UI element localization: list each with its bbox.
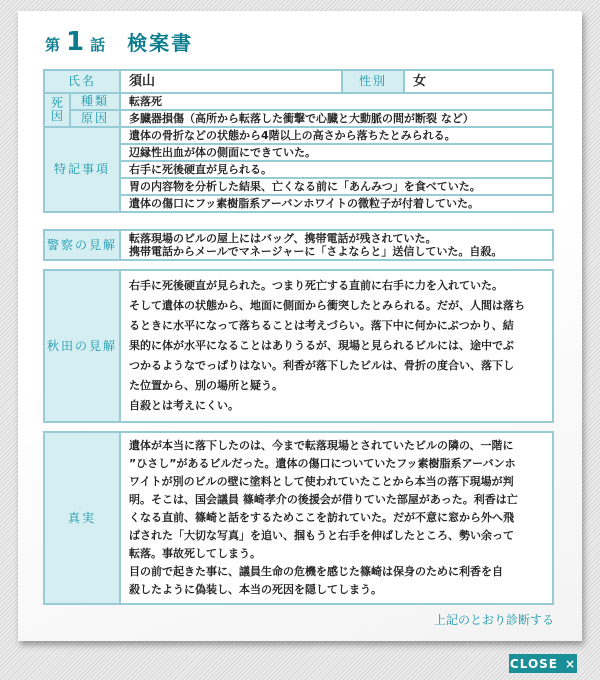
name-label: 氏名 [44,70,120,93]
notes-row: 遺体の傷口にフッ素樹脂系アーバンホワイトの微粒子が付着していた。 [44,195,553,212]
cause-label-char-1: 死 [51,96,63,110]
notes-row: 特記事項 遺体の骨折などの状態から4階以上の高さから落ちたとみられる。 [44,127,553,144]
report-table: 氏名 須山 性別 女 死 因 種類 転落死 原因 多臓器損傷（高所から転落した衝… [43,69,554,213]
text-line: ”ひさし”があるビルだった。遺体の傷口についていたフッ素樹脂系アーバンホ [129,455,544,473]
type-label: 種類 [70,93,120,110]
sex-label: 性別 [342,70,404,93]
cause-value: 多臓器損傷（高所から転落した衝撃で心臓と大動脈の間が断裂 など） [120,110,553,127]
text-line: くなる直前、篠崎と話をするためここを訪れていた。だが不意に窓から外へ飛 [129,509,544,527]
type-value: 転落死 [120,93,553,110]
note-item: 遺体の骨折などの状態から4階以上の高さから落ちたとみられる。 [120,127,553,144]
akita-opinion-text: 右手に死後硬直が見られた。つまり死亡する直前に右手に力を入れていた。 そして遺体… [120,270,553,422]
text-line: ワイトが別のビルの壁に塗料として使われていたことから本当の落下現場が判 [129,473,544,491]
notes-row: 辺縁性出血が体の側面にできていた。 [44,144,553,161]
episode-suffix: 話 [90,34,105,55]
truth-text: 遺体が本当に落下したのは、今まで転落現場とされていたビルの隣の、一階に ”ひさし… [120,432,553,604]
akita-opinion-table: 秋田の見解 右手に死後硬直が見られた。つまり死亡する直前に右手に力を入れていた。… [43,269,554,423]
close-label: CLOSE [510,657,558,671]
note-item: 胃の内容物を分析した結果、亡くなる前に「あんみつ」を食べていた。 [120,178,553,195]
name-value: 須山 [120,70,342,93]
text-line: 右手に死後硬直が見られた。つまり死亡する直前に右手に力を入れていた。 [129,276,544,296]
sex-value: 女 [404,70,553,93]
text-line: 目の前で起きた事に、議員生命の危機を感じた篠崎は保身のために利香を自 [129,563,544,581]
text-line: 果的に体が水平になることはありうるが、現場と見られるビルには、途中でぶ [129,336,544,356]
close-icon: × [565,657,576,671]
diagnose-link[interactable]: 上記のとおり診断する [434,611,554,628]
text-line: 自殺とは考えにくい。 [129,396,544,416]
cause-type-row: 死 因 種類 転落死 [44,93,553,110]
text-line: た位置から、別の場所と疑う。 [129,376,544,396]
notes-row: 胃の内容物を分析した結果、亡くなる前に「あんみつ」を食べていた。 [44,178,553,195]
akita-opinion-label: 秋田の見解 [44,270,120,422]
truth-table: 真実 遺体が本当に落下したのは、今まで転落現場とされていたビルの隣の、一階に ”… [43,431,554,605]
text-line: るときに水平になって落ちることは考えづらい。落下中に何かにぶつかり、結 [129,316,544,336]
cause-label-char-2: 因 [51,109,63,123]
cause-label: 原因 [70,110,120,127]
notes-row: 右手に死後硬直が見られる。 [44,161,553,178]
text-line: 殺したように偽装し、本当の死因を隠してしまう。 [129,581,544,599]
text-line: 転落。事故死してしまう。 [129,545,544,563]
police-opinion-label: 警察の見解 [44,230,120,260]
episode-number: 1 [66,27,84,57]
text-line: 携帯電話からメールでマネージャーに「さよならと」送信していた。自殺。 [129,245,544,258]
text-line: 明。そこは、国会議員 篠崎孝介の後援会が借りていた部屋があった。利香は亡 [129,491,544,509]
note-item: 右手に死後硬直が見られる。 [120,161,553,178]
page-title: 第 1 話 検案書 [45,27,193,57]
text-line: 遺体が本当に落下したのは、今まで転落現場とされていたビルの隣の、一階に [129,437,544,455]
notes-label: 特記事項 [44,127,120,212]
episode-prefix: 第 [45,34,60,55]
note-item: 辺縁性出血が体の側面にできていた。 [120,144,553,161]
police-opinion-table: 警察の見解 転落現場のビルの屋上にはバッグ、携帯電話が残されていた。 携帯電話か… [43,229,554,261]
text-line: 転落現場のビルの屋上にはバッグ、携帯電話が残されていた。 [129,232,544,245]
name-row: 氏名 須山 性別 女 [44,70,553,93]
text-line: ばされた「大切な写真」を追い、掴もうと右手を伸ばしたところ、勢い余って [129,527,544,545]
document-title: 検案書 [127,27,193,56]
cause-of-death-label: 死 因 [44,93,70,127]
note-item: 遺体の傷口にフッ素樹脂系アーバンホワイトの微粒子が付着していた。 [120,195,553,212]
truth-label: 真実 [44,432,120,604]
cause-reason-row: 原因 多臓器損傷（高所から転落した衝撃で心臓と大動脈の間が断裂 など） [44,110,553,127]
text-line: つかるようなでっぱりはない。利香が落下したビルは、骨折の度合い、落下し [129,356,544,376]
text-line: そして遺体の状態から、地面に側面から衝突したとみられる。だが、人間は落ち [129,296,544,316]
close-button[interactable]: CLOSE × [509,654,577,673]
police-opinion-text: 転落現場のビルの屋上にはバッグ、携帯電話が残されていた。 携帯電話からメールでマ… [120,230,553,260]
